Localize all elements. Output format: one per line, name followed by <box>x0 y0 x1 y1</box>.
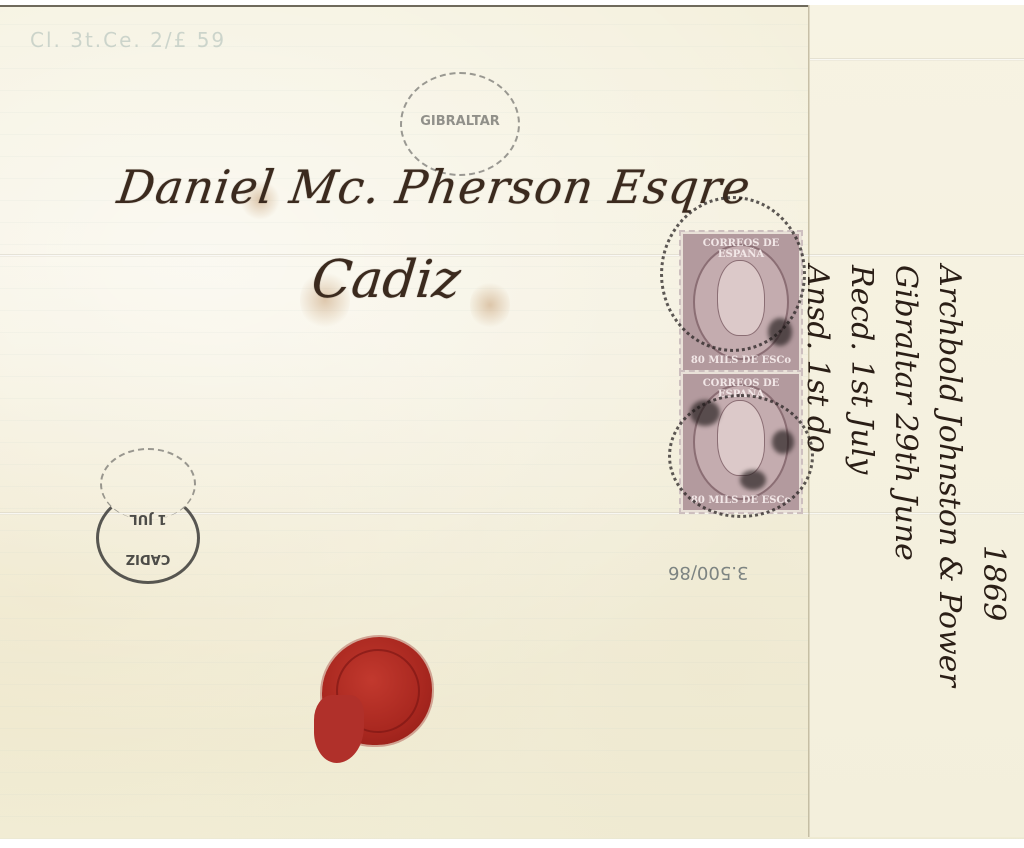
ink-stain <box>470 280 510 330</box>
cancel-blot <box>690 400 720 426</box>
stamp-legend-bottom: 80 MILS DE ESCo <box>683 355 799 366</box>
postmark-left: 1 JUL CADIZ <box>96 492 200 584</box>
docket-origin-date: Gibraltar 29th June <box>883 265 927 795</box>
postmark-left-date: 1 JUL <box>99 511 197 526</box>
docket-year: 1869 <box>971 265 1015 795</box>
faint-pencil-note: Cl. 3t.Ce. 2/£ 59 <box>30 28 226 52</box>
cancel-blot <box>740 470 766 490</box>
docket-received: Recd. 1st July <box>839 265 883 795</box>
fold-line-upper <box>0 254 1024 257</box>
docket-answered: Ansd. 1st do <box>795 265 839 795</box>
pencil-reference-number: 3.500/86 <box>668 562 749 583</box>
seal-ring <box>336 649 420 733</box>
addressee-name: Daniel Mc. Pherson Esqre <box>114 160 754 214</box>
wax-seal <box>322 637 432 745</box>
postmark-top-text: GIBRALTAR <box>402 114 518 129</box>
docket-sender: Archbold Johnston & Power <box>927 265 971 795</box>
docket-notation: 1869 Archbold Johnston & Power Gibraltar… <box>785 265 1015 795</box>
postmark-left-town: CADIZ <box>99 551 197 566</box>
fold-line-flap-top <box>810 58 1024 61</box>
addressee-city: Cadiz <box>309 250 463 310</box>
